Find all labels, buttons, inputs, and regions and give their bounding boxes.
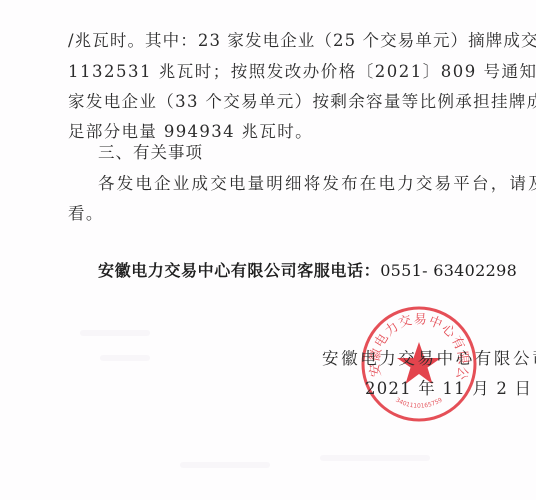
signature-date: 2021 年 11 月 2 日 [365,378,532,400]
paragraph-line-1: /兆瓦时。其中：23 家发电企业（25 个交易单元）摘牌成交电量 [68,30,498,52]
section-heading: 三、有关事项 [98,142,203,164]
bleed-mark [180,462,270,468]
contact-line: 安徽电力交易中心有限公司客服电话：0551- 63402298 [98,260,517,282]
contact-label: 安徽电力交易中心有限公司客服电话： [98,261,380,280]
contact-phone: 0551- 63402298 [380,261,517,280]
bleed-mark [100,355,150,361]
section-body-line-2: 看。 [68,203,498,225]
section-body-line-1: 各发电企业成交电量明细将发布在电力交易平台，请及时查 [98,173,528,195]
paragraph-line-2: 1132531 兆瓦时；按照发改办价格〔2021〕809 号通知要求，29 [68,61,498,83]
paragraph-line-4: 足部分电量 994934 兆瓦时。 [68,121,498,143]
bleed-mark [320,455,430,461]
paragraph-line-3: 家发电企业（33 个交易单元）按剩余容量等比例承担挂牌成交不 [68,91,498,113]
signature-company: 安徽电力交易中心有限公司 [322,348,536,370]
bleed-mark [80,330,150,336]
document-page: /兆瓦时。其中：23 家发电企业（25 个交易单元）摘牌成交电量 1132531… [0,0,536,500]
